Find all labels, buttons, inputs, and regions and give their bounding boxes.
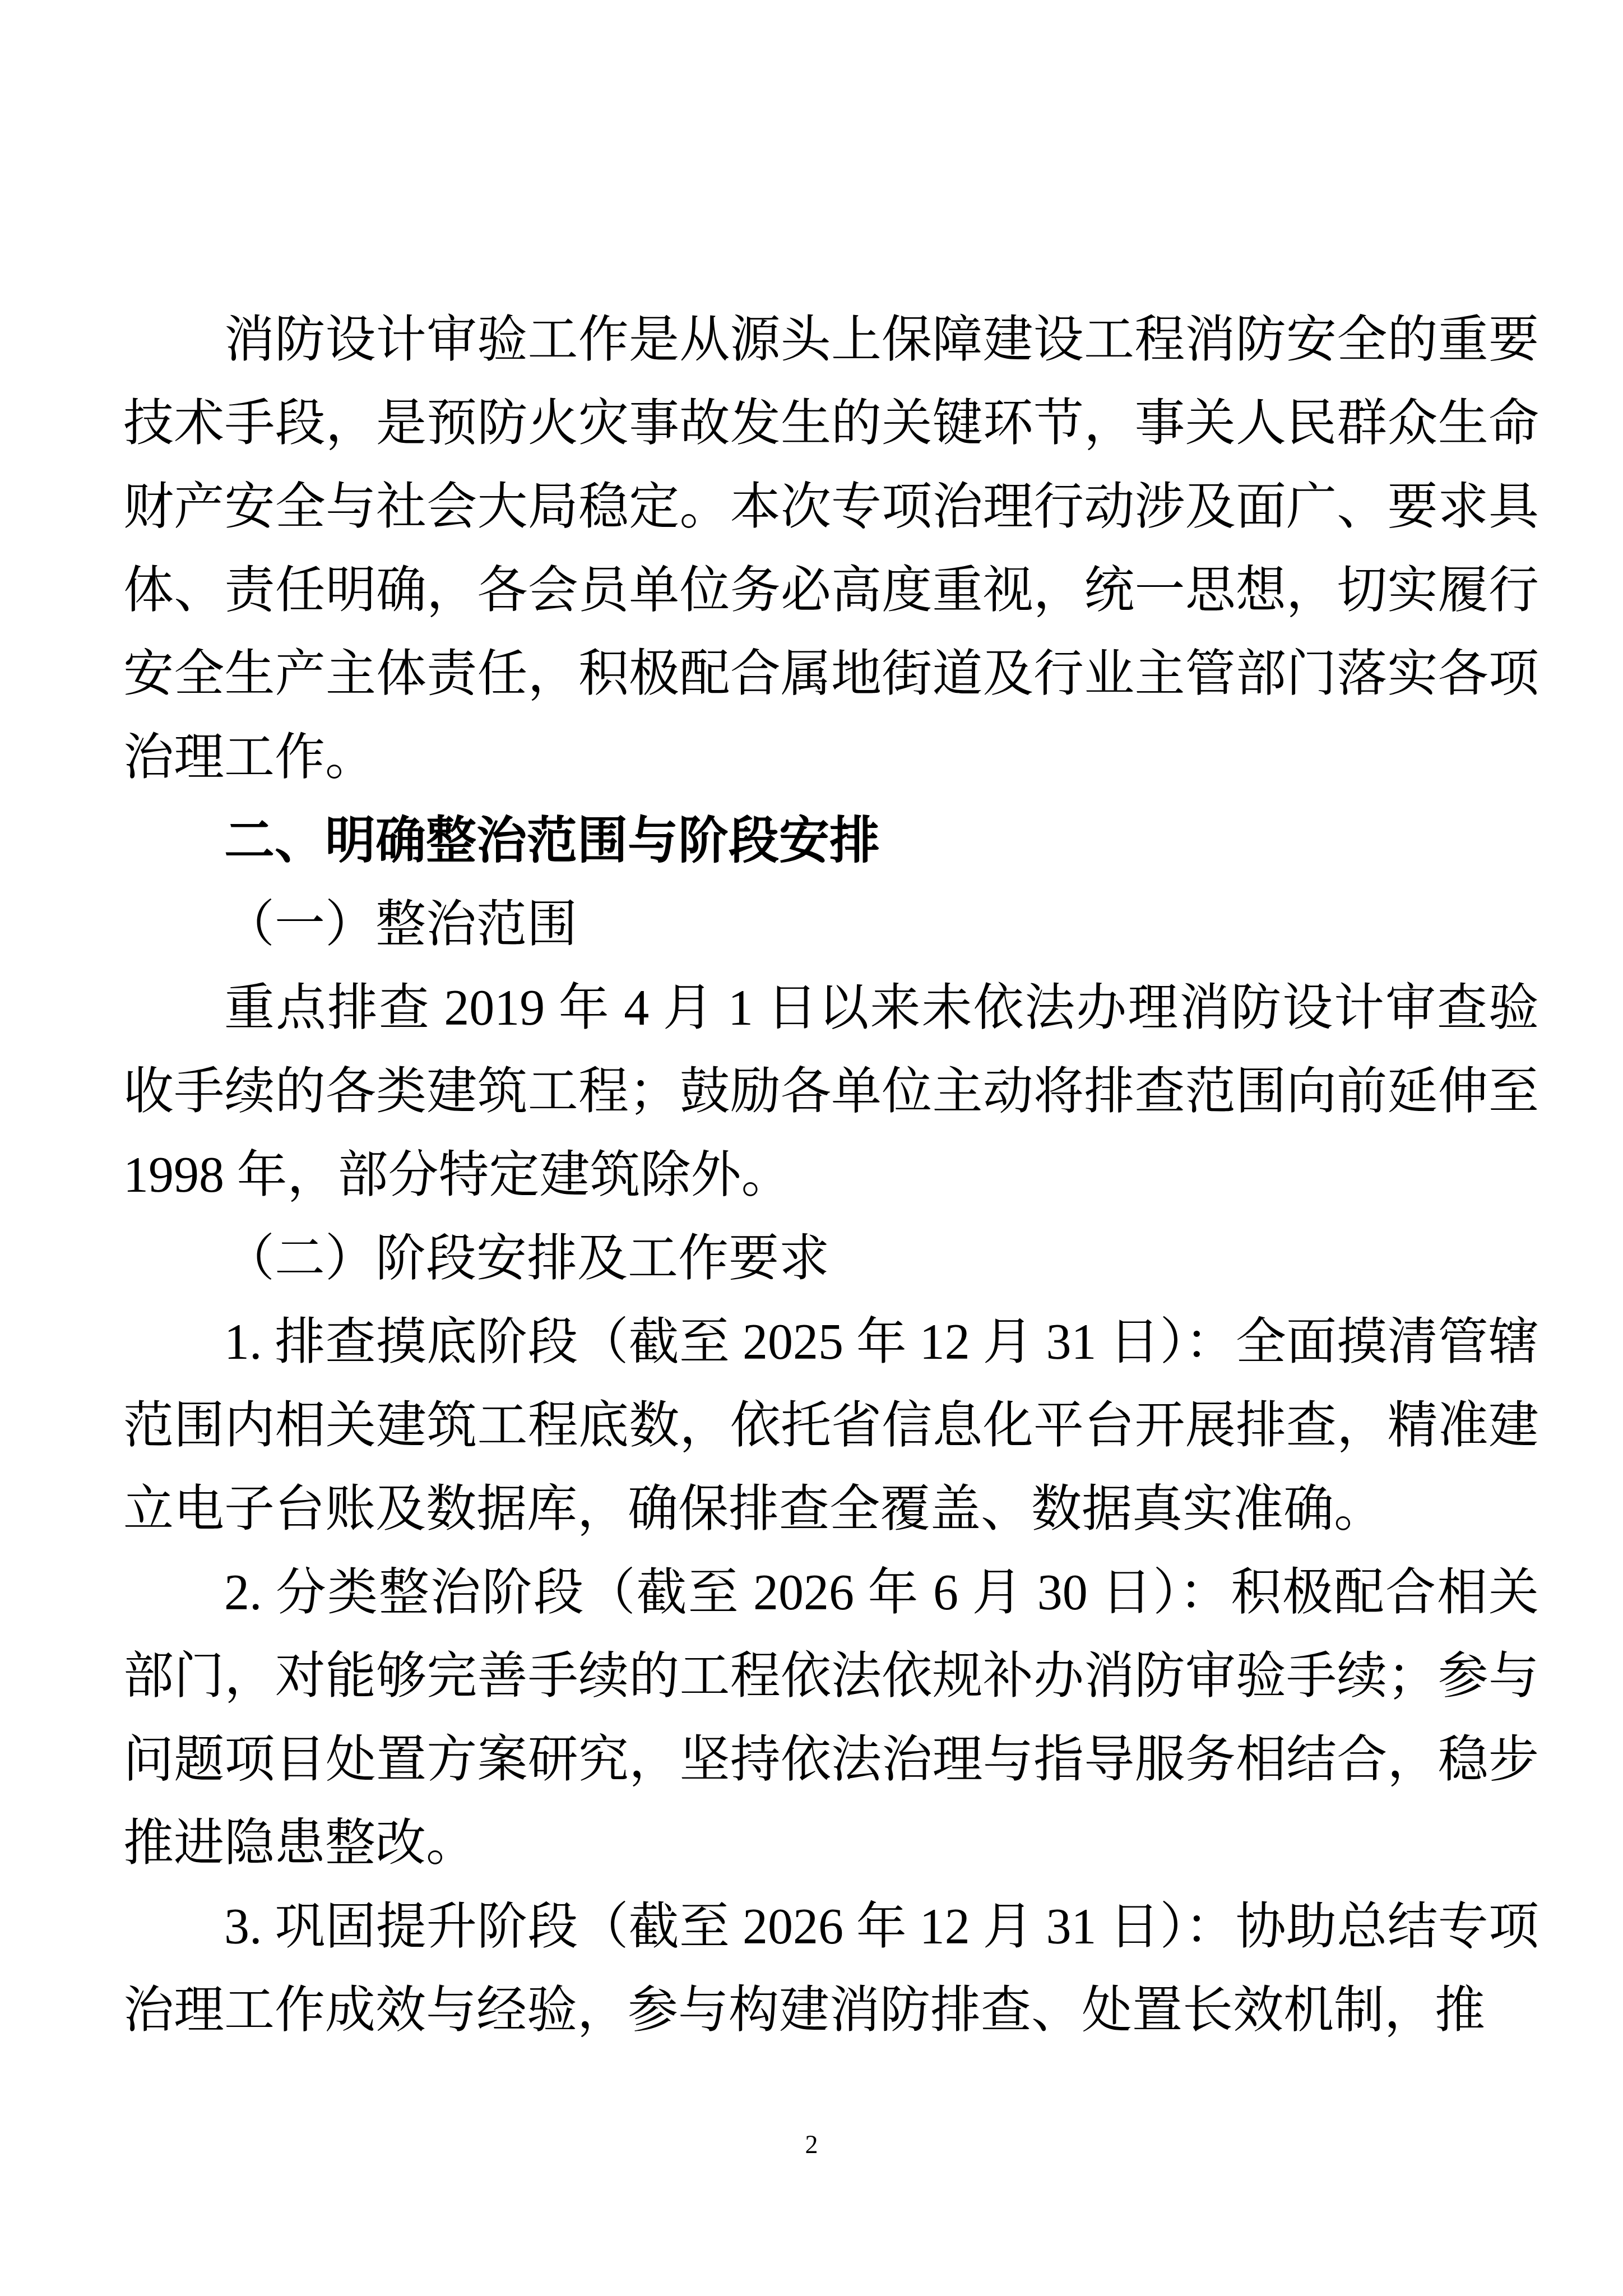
paragraph-stage-3: 3. 巩固提升阶段（截至 2026 年 12 月 31 日）：协助总结专项治理工… — [123, 1885, 1539, 2052]
paragraph-scope: 重点排查 2019 年 4 月 1 日以来未依法办理消防设计审查验收手续的各类建… — [123, 966, 1539, 1217]
section-heading-2: 二、明确整治范围与阶段安排 — [123, 799, 1539, 883]
paragraph-stage-1: 1. 排查摸底阶段（截至 2025 年 12 月 31 日）：全面摸清管辖范围内… — [123, 1300, 1539, 1551]
document-page: 消防设计审验工作是从源头上保障建设工程消防安全的重要技术手段，是预防火灾事故发生… — [0, 0, 1623, 2296]
subsection-heading-stages: （二）阶段安排及工作要求 — [123, 1217, 1539, 1300]
page-number: 2 — [0, 2128, 1623, 2161]
paragraph-stage-2: 2. 分类整治阶段（截至 2026 年 6 月 30 日）：积极配合相关部门，对… — [123, 1551, 1539, 1885]
paragraph-intro: 消防设计审验工作是从源头上保障建设工程消防安全的重要技术手段，是预防火灾事故发生… — [123, 298, 1539, 799]
subsection-heading-scope: （一）整治范围 — [123, 883, 1539, 966]
